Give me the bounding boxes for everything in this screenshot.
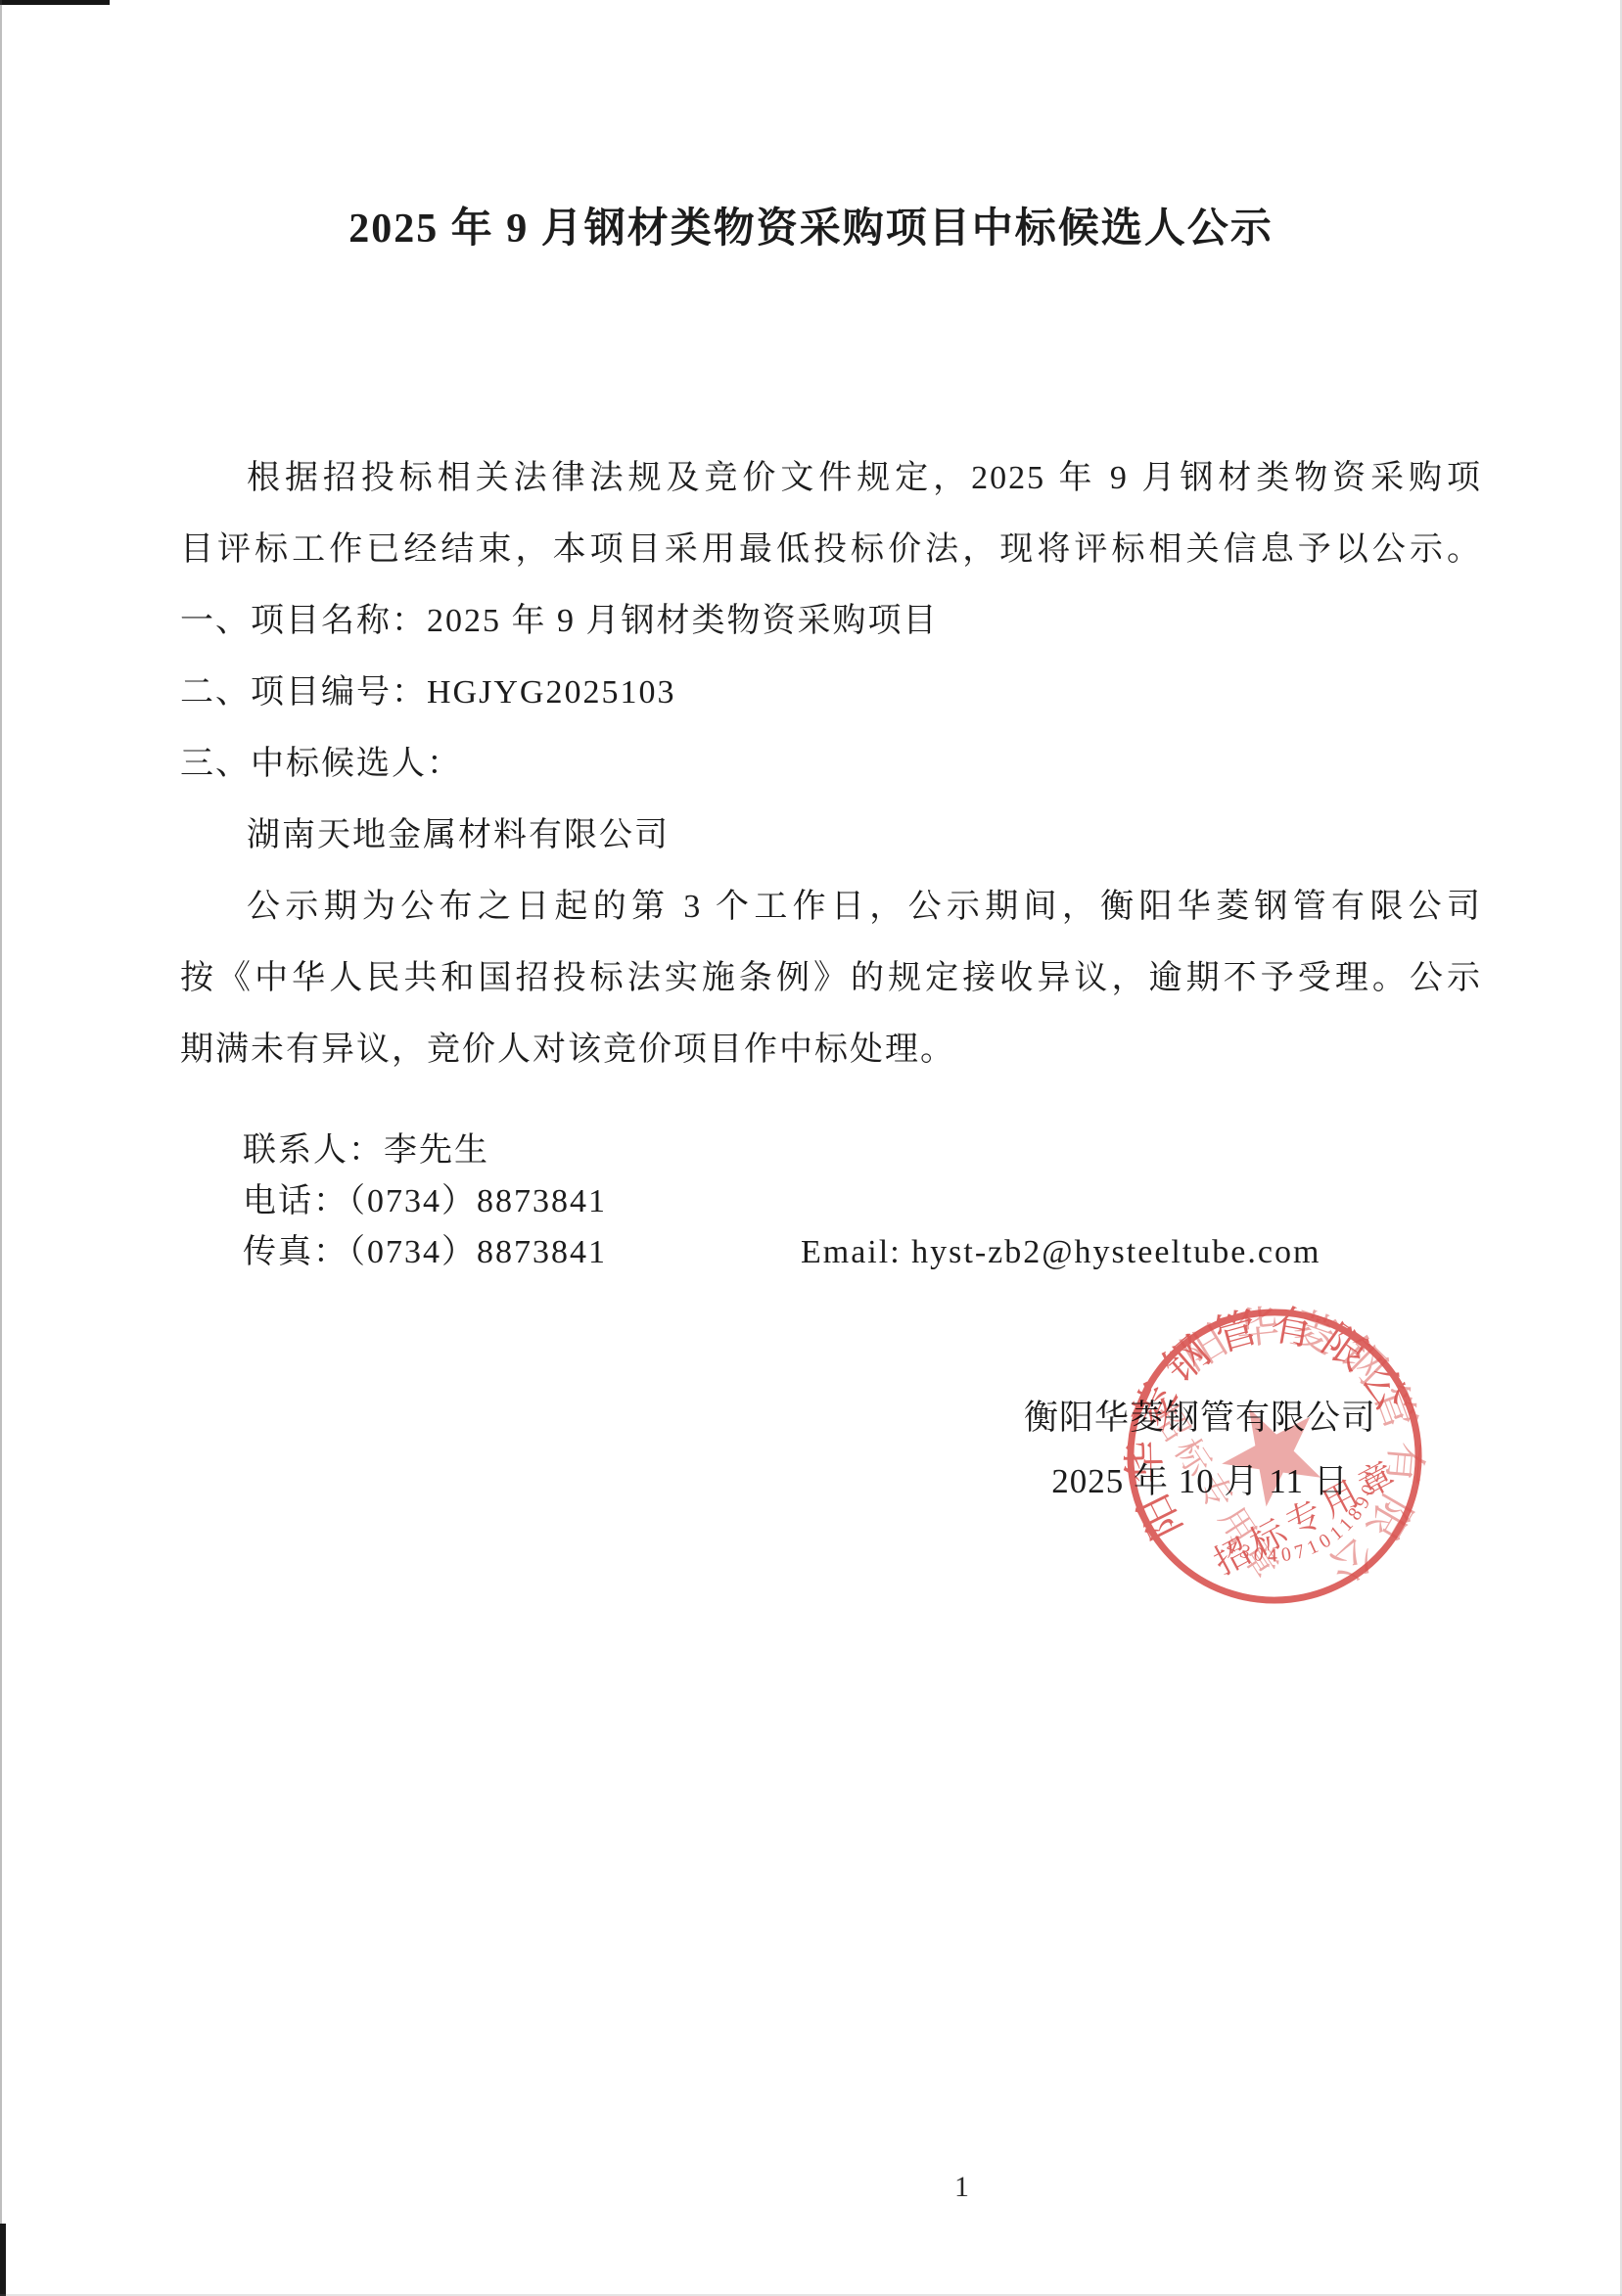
signature-date: 2025 年 10 月 11 日 bbox=[1008, 1449, 1392, 1513]
body-line: 目评标工作已经结束，本项目采用最低投标价法，现将评标相关信息予以公示。 bbox=[180, 514, 1482, 585]
page-title: 2025 年 9 月钢材类物资采购项目中标候选人公示 bbox=[0, 196, 1622, 254]
body-line-project-name: 一、项目名称：2025 年 9 月钢材类物资采购项目 bbox=[180, 585, 1482, 657]
body-line: 公示期为公布之日起的第 3 个工作日，公示期间，衡阳华菱钢管有限公司 bbox=[180, 871, 1482, 942]
body-line-candidate-heading: 三、中标候选人： bbox=[180, 728, 1482, 800]
contact-fax: 传真：（0734）8873841 bbox=[243, 1234, 607, 1270]
contact-email: Email: hyst-zb2@hysteeltube.com bbox=[801, 1227, 1321, 1278]
scan-artifact-left-edge bbox=[0, 0, 2, 2296]
contact-fax-email-row: 传真：（0734）8873841 Email: hyst-zb2@hysteel… bbox=[243, 1227, 1476, 1278]
body-line-project-number: 二、项目编号：HGJYG2025103 bbox=[180, 657, 1482, 728]
body-line: 根据招投标相关法律法规及竞价文件规定，2025 年 9 月钢材类物资采购项 bbox=[180, 442, 1482, 514]
body-line-candidate-company: 湖南天地金属材料有限公司 bbox=[180, 800, 1482, 871]
page-number: 1 bbox=[954, 2171, 969, 2204]
signature-company: 衡阳华菱钢管有限公司 bbox=[1008, 1386, 1392, 1449]
scan-artifact-top-left bbox=[0, 0, 110, 5]
signature-block: 衡阳华菱钢管有限公司 2025 年 10 月 11 日 bbox=[1008, 1386, 1392, 1513]
scan-artifact-bottom-left bbox=[0, 2224, 6, 2296]
contact-person: 联系人：李先生 bbox=[243, 1125, 1476, 1176]
body-line: 按《中华人民共和国招投标法实施条例》的规定接收异议，逾期不予受理。公示 bbox=[180, 942, 1482, 1014]
document-page: 2025 年 9 月钢材类物资采购项目中标候选人公示 根据招投标相关法律法规及竞… bbox=[0, 0, 1622, 2296]
body-line: 期满未有异议，竞价人对该竞价项目作中标处理。 bbox=[180, 1014, 1482, 1085]
contact-phone: 电话：（0734）8873841 bbox=[243, 1176, 1476, 1227]
body-text: 根据招投标相关法律法规及竞价文件规定，2025 年 9 月钢材类物资采购项 目评… bbox=[180, 442, 1482, 1085]
contact-block: 联系人：李先生 电话：（0734）8873841 传真：（0734）887384… bbox=[243, 1125, 1476, 1278]
